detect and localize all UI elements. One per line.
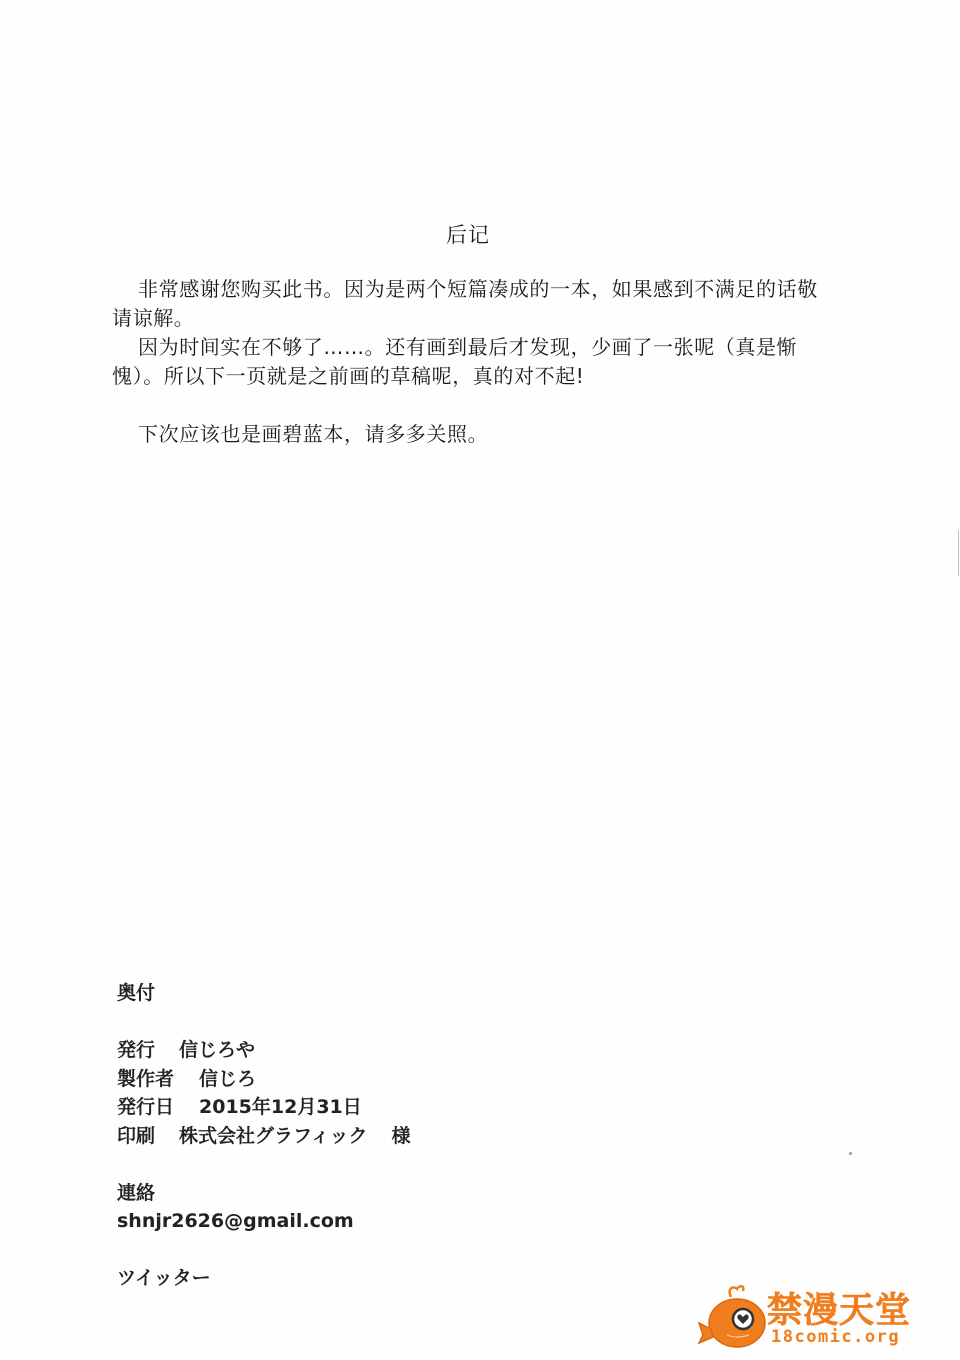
printer-suffix: 様 — [391, 1122, 410, 1151]
contact-label: 連絡 — [117, 1179, 155, 1208]
colophon-publisher-row: 発行 信じろや — [117, 1036, 411, 1065]
afterword-paragraph-2: 因为时间实在不够了……。还有画到最后才发现，少画了一张呢（真是惭愧）。所以下一页… — [112, 333, 822, 391]
afterword-paragraph-1: 非常感谢您购买此书。因为是两个短篇凑成的一本，如果感到不满足的话敬请谅解。 — [112, 275, 822, 333]
colophon-author-row: 製作者 信じろ — [117, 1065, 411, 1094]
author-label: 製作者 — [117, 1065, 199, 1094]
colophon-heading-text: 奥付 — [117, 979, 155, 1008]
colophon-contact-row: 連絡 — [117, 1179, 411, 1208]
afterword-paragraph-3: 下次应该也是画碧蓝本，请多多关照。 — [112, 420, 822, 449]
date-label: 発行日 — [117, 1093, 199, 1122]
colophon-printer-row: 印刷 株式会社グラフィック 様 — [117, 1122, 411, 1151]
publisher-label: 発行 — [117, 1036, 179, 1065]
contact-email: shnjr2626@gmail.com — [117, 1207, 354, 1236]
scan-speck — [849, 1152, 852, 1155]
site-watermark: 禁漫天堂 18comic.org — [697, 1283, 922, 1355]
scan-edge-line — [958, 530, 959, 576]
whale-mascot-icon — [697, 1283, 769, 1355]
date-value: 2015年12月31日 — [199, 1093, 362, 1122]
colophon-heading: 奥付 — [117, 979, 411, 1008]
colophon-email-row: shnjr2626@gmail.com — [117, 1207, 411, 1236]
printer-value: 株式会社グラフィック — [179, 1122, 367, 1151]
afterword-body: 非常感谢您购买此书。因为是两个短篇凑成的一本，如果感到不满足的话敬请谅解。 因为… — [112, 275, 822, 449]
colophon: 奥付 発行 信じろや 製作者 信じろ 発行日 2015年12月31日 印刷 株式… — [117, 979, 411, 1293]
afterword-title: 后记 — [0, 219, 936, 249]
colophon-twitter-row: ツイッター — [117, 1264, 411, 1293]
author-value: 信じろ — [199, 1065, 256, 1094]
colophon-date-row: 発行日 2015年12月31日 — [117, 1093, 411, 1122]
watermark-title: 禁漫天堂 — [767, 1283, 911, 1333]
watermark-url: 18comic.org — [771, 1327, 900, 1347]
document-page: 后记 非常感谢您购买此书。因为是两个短篇凑成的一本，如果感到不满足的话敬请谅解。… — [0, 0, 960, 1360]
twitter-label: ツイッター — [117, 1264, 211, 1293]
publisher-value: 信じろや — [179, 1036, 255, 1065]
printer-label: 印刷 — [117, 1122, 179, 1151]
